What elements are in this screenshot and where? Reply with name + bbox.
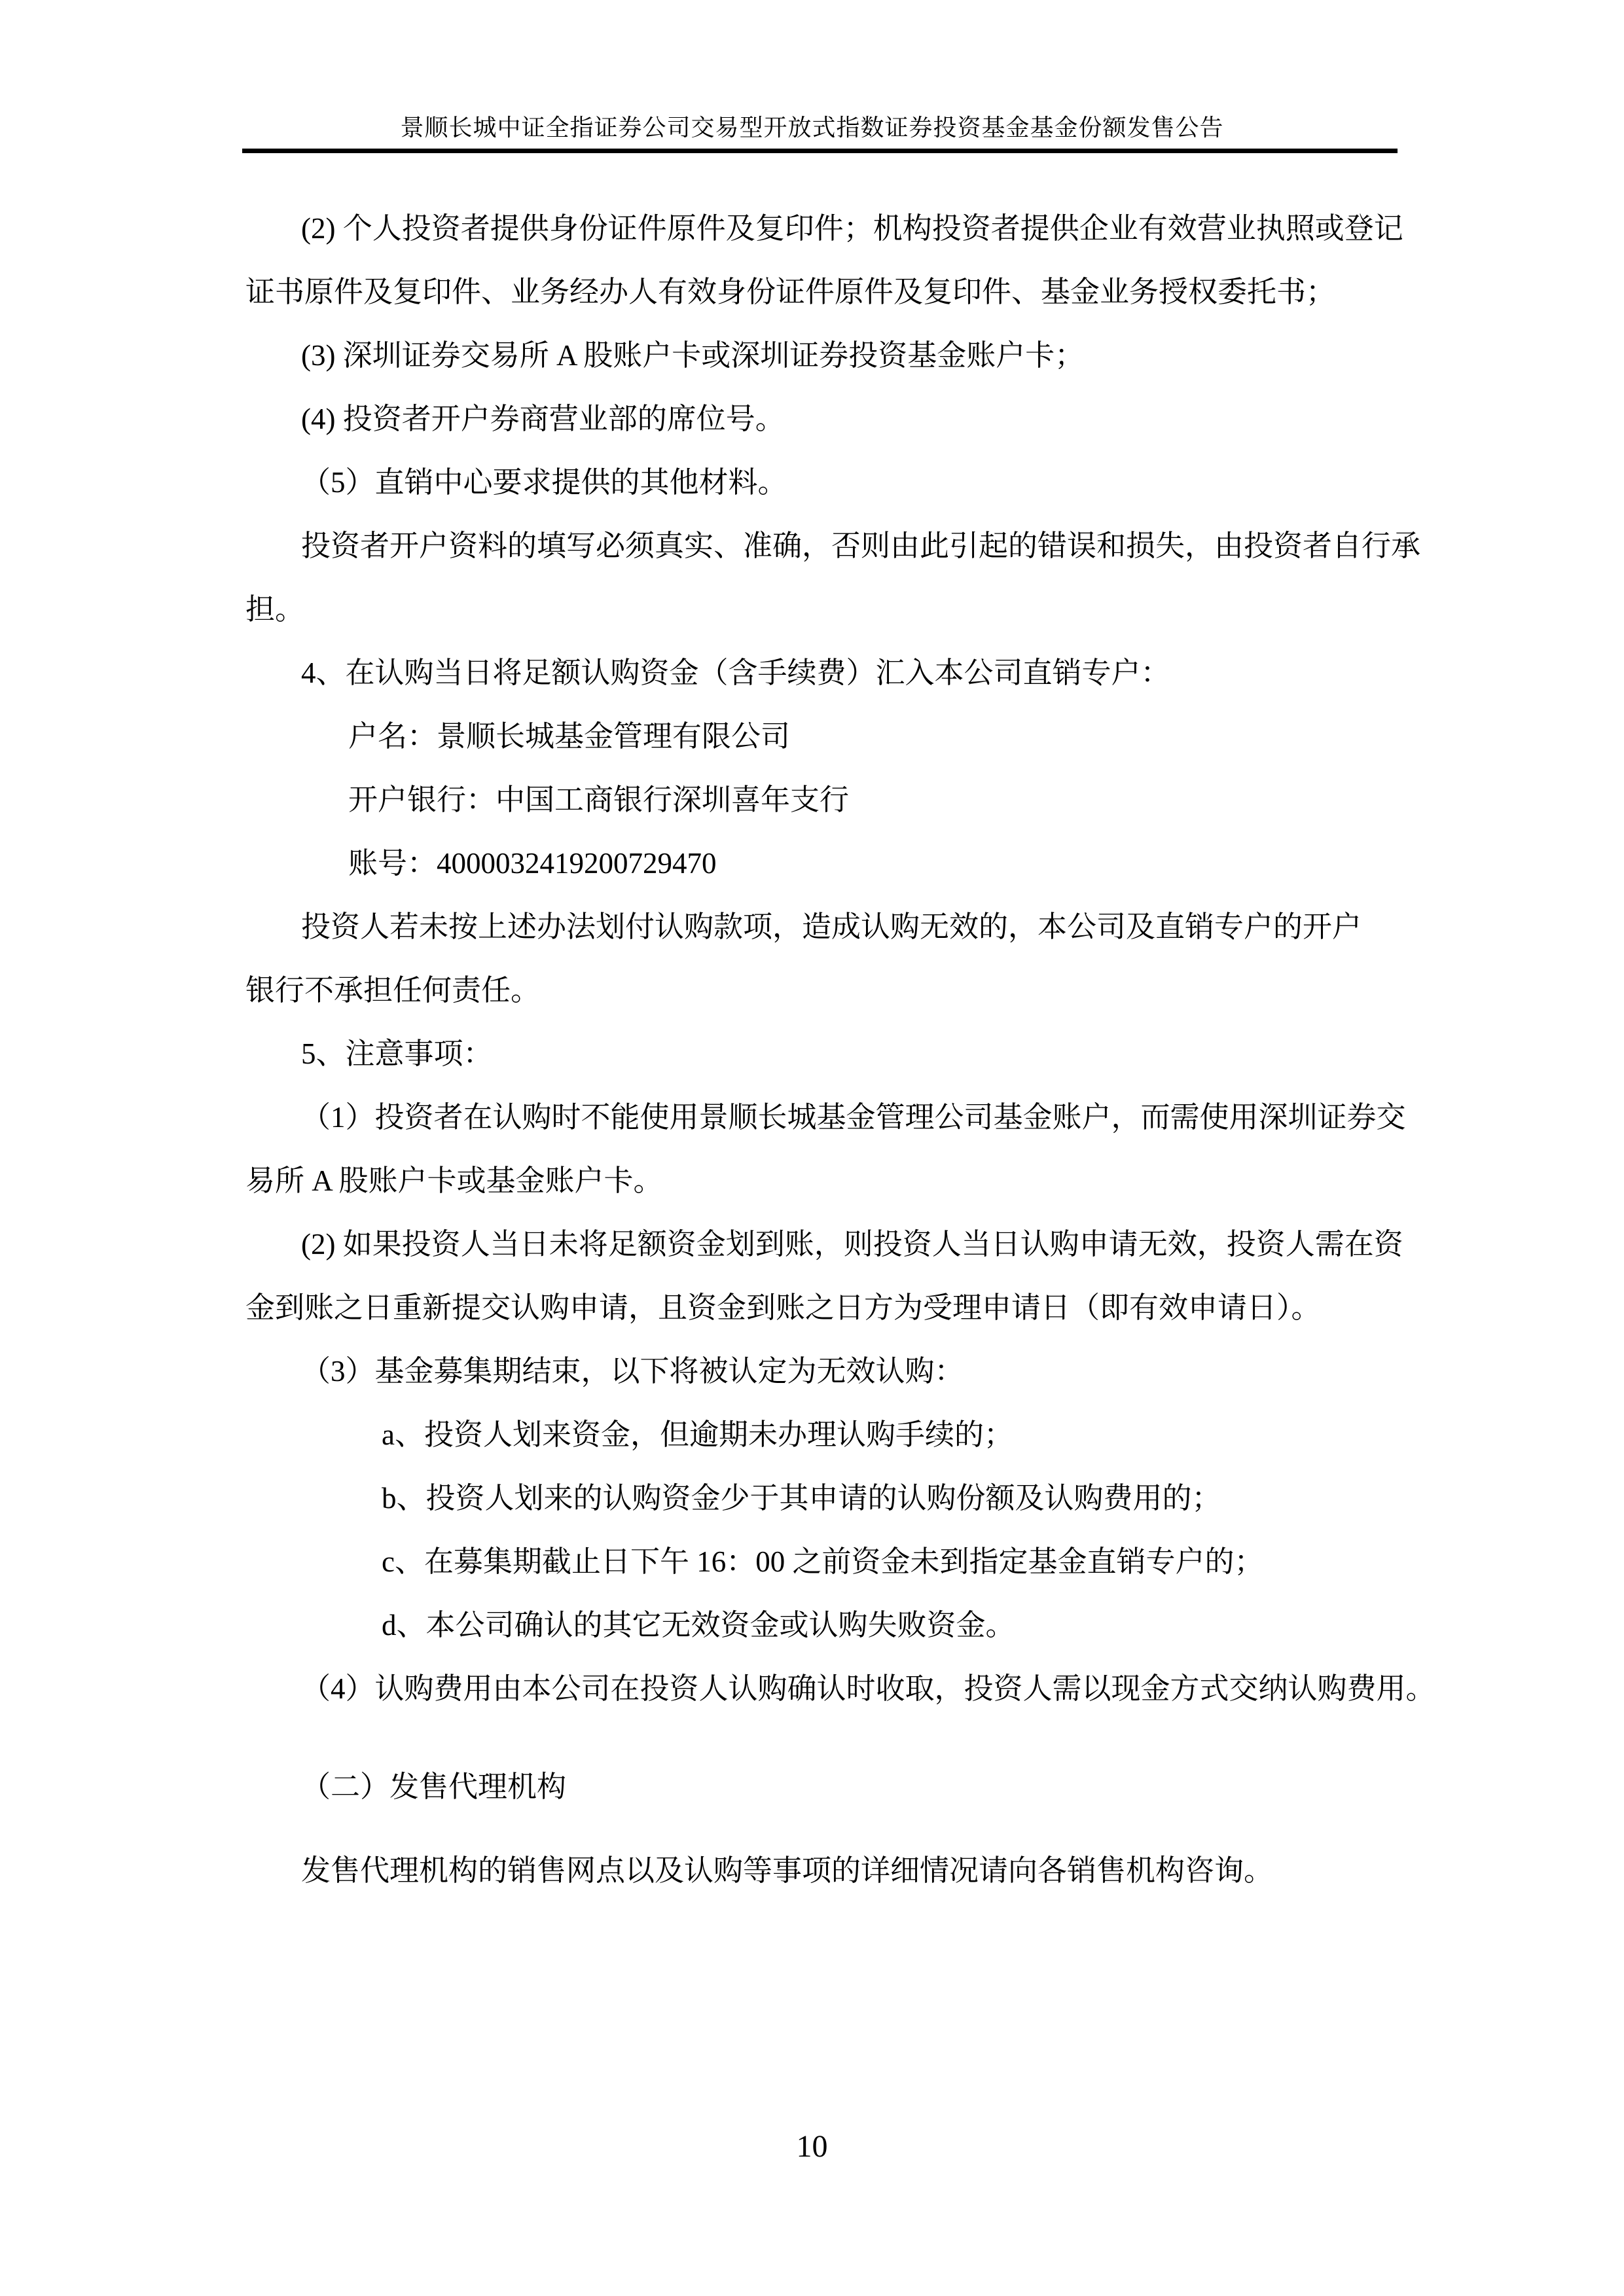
document-line: 银行不承担任何责任。 xyxy=(245,959,1398,1022)
document-line: （二）发售代理机构 xyxy=(245,1755,1398,1819)
document-line: （4）认购费用由本公司在投资人认购确认时收取，投资人需以现金方式交纳认购费用。 xyxy=(245,1657,1398,1721)
document-line: 4、在认购当日将足额认购资金（含手续费）汇入本公司直销专户： xyxy=(245,641,1398,705)
document-line: d、本公司确认的其它无效资金或认购失败资金。 xyxy=(245,1594,1398,1657)
document-line: (2) 个人投资者提供身份证件原件及复印件；机构投资者提供企业有效营业执照或登记 xyxy=(245,197,1398,260)
document-page: 景顺长城中证全指证券公司交易型开放式指数证券投资基金基金份额发售公告 (2) 个… xyxy=(0,0,1624,2296)
header-rule xyxy=(242,149,1398,153)
document-line: 金到账之日重新提交认购申请，且资金到账之日方为受理申请日（即有效申请日）。 xyxy=(245,1276,1398,1340)
document-line: b、投资人划来的认购资金少于其申请的认购份额及认购费用的； xyxy=(245,1467,1398,1530)
document-line: （5）直销中心要求提供的其他材料。 xyxy=(245,451,1398,514)
document-line: （3）基金募集期结束，以下将被认定为无效认购： xyxy=(245,1340,1398,1403)
document-line: a、投资人划来资金，但逾期未办理认购手续的； xyxy=(245,1403,1398,1467)
document-line: (4) 投资者开户券商营业部的席位号。 xyxy=(245,387,1398,451)
document-line: (3) 深圳证券交易所 A 股账户卡或深圳证券投资基金账户卡； xyxy=(245,324,1398,387)
document-line: 账号：4000032419200729470 xyxy=(245,832,1398,895)
page-number: 10 xyxy=(0,2128,1624,2165)
document-line: 5、注意事项： xyxy=(245,1022,1398,1086)
document-line: 证书原件及复印件、业务经办人有效身份证件原件及复印件、基金业务授权委托书； xyxy=(245,260,1398,324)
document-line: (2) 如果投资人当日未将足额资金划到账，则投资人当日认购申请无效，投资人需在资 xyxy=(245,1213,1398,1276)
document-line: （1）投资者在认购时不能使用景顺长城基金管理公司基金账户，而需使用深圳证券交 xyxy=(245,1086,1398,1149)
document-body: (2) 个人投资者提供身份证件原件及复印件；机构投资者提供企业有效营业执照或登记… xyxy=(245,197,1398,1903)
document-line: 发售代理机构的销售网点以及认购等事项的详细情况请向各销售机构咨询。 xyxy=(245,1839,1398,1903)
document-line: c、在募集期截止日下午 16：00 之前资金未到指定基金直销专户的； xyxy=(245,1530,1398,1594)
document-header-title: 景顺长城中证全指证券公司交易型开放式指数证券投资基金基金份额发售公告 xyxy=(0,113,1624,143)
document-line: 开户银行：中国工商银行深圳喜年支行 xyxy=(245,768,1398,832)
document-line: 易所 A 股账户卡或基金账户卡。 xyxy=(245,1149,1398,1213)
document-line: 担。 xyxy=(245,578,1398,641)
document-line: 投资者开户资料的填写必须真实、准确，否则由此引起的错误和损失，由投资者自行承 xyxy=(245,514,1398,578)
document-line: 户名：景顺长城基金管理有限公司 xyxy=(245,705,1398,768)
document-line: 投资人若未按上述办法划付认购款项，造成认购无效的，本公司及直销专户的开户 xyxy=(245,895,1398,959)
